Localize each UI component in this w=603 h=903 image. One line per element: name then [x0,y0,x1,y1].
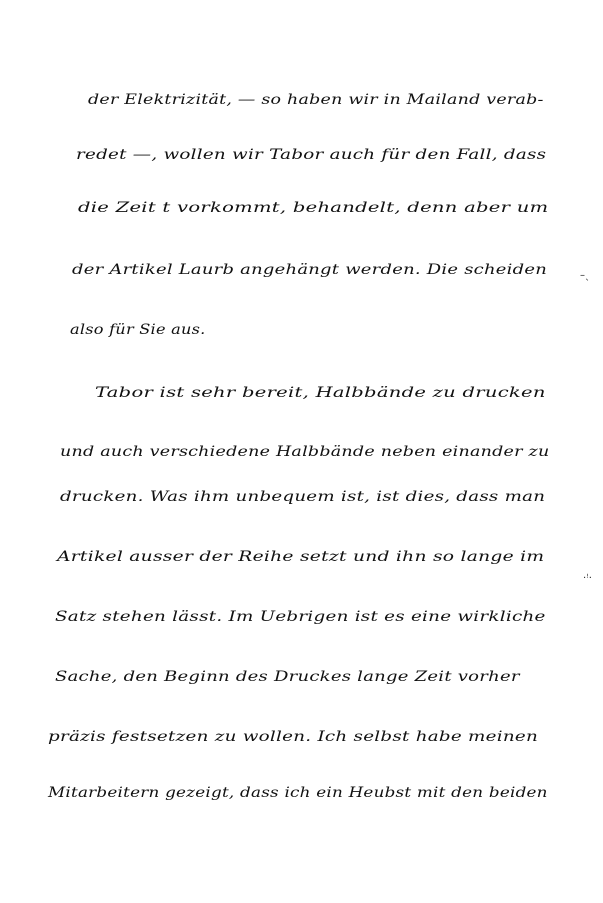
manuscript-line-1: der Elektrizität, — so haben wir in Mail… [88,92,544,108]
manuscript-line-2: redet —, wollen wir Tabor auch für den F… [76,147,546,163]
manuscript-line-6: Tabor ist sehr bereit, Halbbände zu druc… [95,385,546,401]
manuscript-line-5: also für Sie aus. [70,322,206,338]
manuscript-page: der Elektrizität, — so haben wir in Mail… [0,0,603,903]
margin-mark: –ˎ [580,270,590,281]
manuscript-line-8: drucken. Was ihm unbequem ist, ist dies,… [60,489,545,505]
margin-mark: ·ꜝ· [583,573,592,584]
manuscript-line-10: Satz stehen lässt. Im Uebrigen ist es ei… [55,609,546,625]
manuscript-line-12: präzis festsetzen zu wollen. Ich selbst … [48,729,538,745]
manuscript-line-13: Mitarbeitern gezeigt, dass ich ein Heubs… [48,785,548,801]
manuscript-line-3: die Zeit t vorkommt, behandelt, denn abe… [78,200,548,216]
manuscript-line-7: und auch verschiedene Halbbände neben ei… [60,444,549,460]
manuscript-line-11: Sache, den Beginn des Druckes lange Zeit… [55,669,520,685]
manuscript-line-4: der Artikel Laurb angehängt werden. Die … [72,262,547,278]
manuscript-line-9: Artikel ausser der Reihe setzt und ihn s… [57,549,544,565]
